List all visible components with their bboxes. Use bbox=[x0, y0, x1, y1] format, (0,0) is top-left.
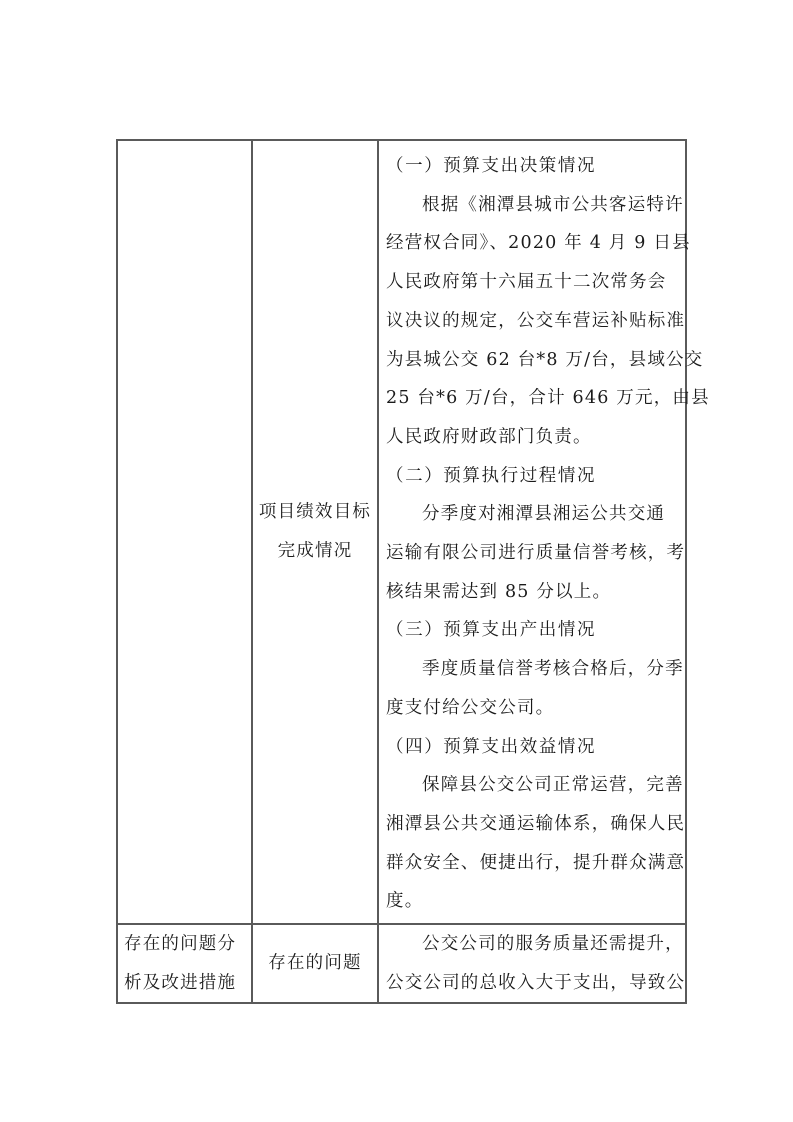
category-cell-empty bbox=[117, 140, 252, 924]
paragraph-line: 运输有限公司进行质量信誉考核，考 bbox=[386, 534, 679, 573]
document-page: 项目绩效目标 完成情况 （一）预算支出决策情况 根据《湘潭县城市公共客运特许 经… bbox=[0, 0, 793, 1122]
section-heading-output: （三）预算支出产出情况 bbox=[386, 611, 679, 650]
paragraph-line: 公交公司的服务质量还需提升， bbox=[386, 925, 679, 964]
section-heading-execution: （二）预算执行过程情况 bbox=[386, 457, 679, 496]
paragraph-line: 核结果需达到 85 分以上。 bbox=[386, 573, 679, 612]
performance-table: 项目绩效目标 完成情况 （一）预算支出决策情况 根据《湘潭县城市公共客运特许 经… bbox=[116, 139, 687, 1004]
category-label-line: 存在的问题分 bbox=[124, 925, 251, 964]
content-cell-performance-goals: （一）预算支出决策情况 根据《湘潭县城市公共客运特许 经营权合同》、2020 年… bbox=[378, 140, 686, 924]
paragraph-line: 分季度对湘潭县湘运公共交通 bbox=[386, 495, 679, 534]
paragraph-line: 人民政府财政部门负责。 bbox=[386, 418, 679, 457]
section-heading-decision: （一）预算支出决策情况 bbox=[386, 147, 679, 186]
item-cell-problems: 存在的问题 bbox=[252, 924, 378, 1003]
paragraph-line: 为县城公交 62 台*8 万/台，县域公交 bbox=[386, 341, 679, 380]
paragraph-line: 经营权合同》、2020 年 4 月 9 日县 bbox=[386, 224, 679, 263]
paragraph-line: 议决议的规定，公交车营运补贴标准 bbox=[386, 302, 679, 341]
table-row-performance-goals: 项目绩效目标 完成情况 （一）预算支出决策情况 根据《湘潭县城市公共客运特许 经… bbox=[117, 140, 686, 924]
category-cell-problems-analysis: 存在的问题分 析及改进措施 bbox=[117, 924, 252, 1003]
category-label-line: 析及改进措施 bbox=[124, 964, 251, 1003]
paragraph-line: 保障县公交公司正常运营，完善 bbox=[386, 766, 679, 805]
paragraph-line: 季度质量信誉考核合格后，分季 bbox=[386, 650, 679, 689]
item-label-line: 完成情况 bbox=[253, 532, 377, 571]
item-label-line: 项目绩效目标 bbox=[253, 493, 377, 532]
paragraph-line: 25 台*6 万/台，合计 646 万元，由县 bbox=[386, 379, 679, 418]
paragraph-line: 群众安全、便捷出行，提升群众满意 bbox=[386, 844, 679, 883]
paragraph-line: 公交公司的总收入大于支出，导致公 bbox=[386, 964, 679, 1003]
paragraph-line: 湘潭县公共交通运输体系，确保人民 bbox=[386, 805, 679, 844]
table-row-problems: 存在的问题分 析及改进措施 存在的问题 公交公司的服务质量还需提升， 公交公司的… bbox=[117, 924, 686, 1003]
section-heading-benefit: （四）预算支出效益情况 bbox=[386, 728, 679, 767]
paragraph-line: 度支付给公交公司。 bbox=[386, 689, 679, 728]
paragraph-line: 根据《湘潭县城市公共客运特许 bbox=[386, 186, 679, 225]
item-cell-performance-goals: 项目绩效目标 完成情况 bbox=[252, 140, 378, 924]
content-cell-problems: 公交公司的服务质量还需提升， 公交公司的总收入大于支出，导致公 bbox=[378, 924, 686, 1003]
paragraph-line: 人民政府第十六届五十二次常务会 bbox=[386, 263, 679, 302]
paragraph-line: 度。 bbox=[386, 882, 679, 921]
